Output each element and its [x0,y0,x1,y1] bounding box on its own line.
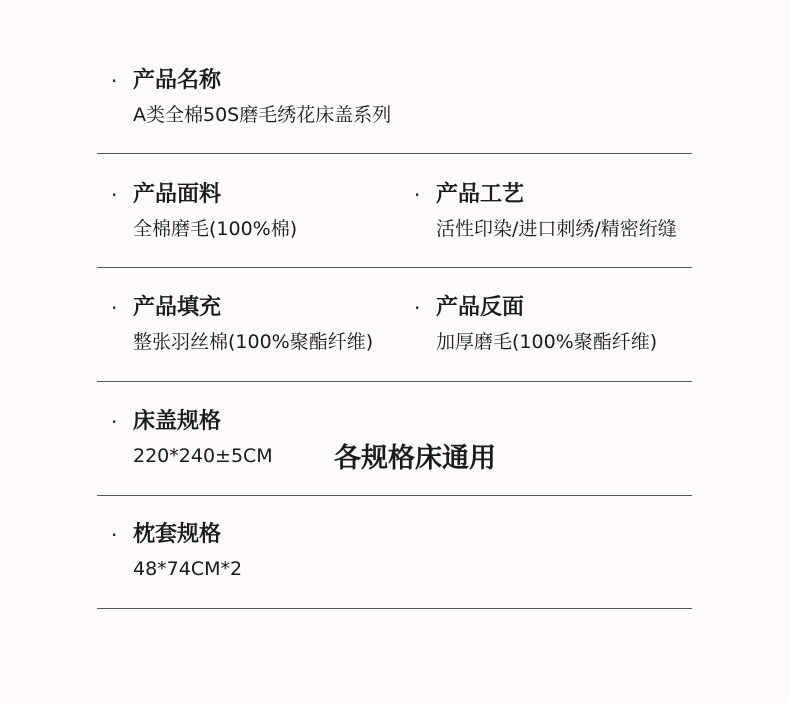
spec-label: 产品工艺 [436,180,677,210]
spec-fabric: · 产品面料 全棉磨毛(100%棉) [133,180,297,244]
spec-craft: · 产品工艺 活性印染/进口刺绣/精密绗缝 [436,180,677,244]
spec-value: A类全棉50S磨毛绣花床盖系列 [133,100,391,130]
bullet-dot: · [111,407,117,437]
spec-label: 产品面料 [133,180,297,210]
spec-value: 整张羽丝棉(100%聚酯纤维) [133,327,373,357]
divider [97,381,692,382]
bullet-dot: · [414,293,420,323]
bullet-dot: · [111,66,117,96]
spec-filling: · 产品填充 整张羽丝棉(100%聚酯纤维) [133,293,373,357]
spec-label: 床盖规格 [133,407,273,437]
universal-fit-callout: 各规格床通用 [334,436,496,475]
spec-value: 48*74CM*2 [133,554,242,584]
bullet-dot: · [111,293,117,323]
divider [97,267,692,268]
spec-bedspread-size: · 床盖规格 220*240±5CM [133,407,273,471]
spec-label: 产品填充 [133,293,373,323]
bullet-dot: · [414,180,420,210]
divider [97,608,692,609]
spec-label: 产品反面 [436,293,657,323]
bullet-dot: · [111,520,117,550]
bullet-dot: · [111,180,117,210]
spec-value: 220*240±5CM [133,441,273,471]
spec-label: 产品名称 [133,66,391,96]
spec-value: 加厚磨毛(100%聚酯纤维) [436,327,657,357]
spec-reverse-side: · 产品反面 加厚磨毛(100%聚酯纤维) [436,293,657,357]
divider [97,495,692,496]
spec-value: 全棉磨毛(100%棉) [133,214,297,244]
spec-value: 活性印染/进口刺绣/精密绗缝 [436,214,677,244]
spec-label: 枕套规格 [133,520,242,550]
spec-pillowcase-size: · 枕套规格 48*74CM*2 [133,520,242,584]
divider [97,153,692,154]
spec-product-name: · 产品名称 A类全棉50S磨毛绣花床盖系列 [133,66,391,130]
